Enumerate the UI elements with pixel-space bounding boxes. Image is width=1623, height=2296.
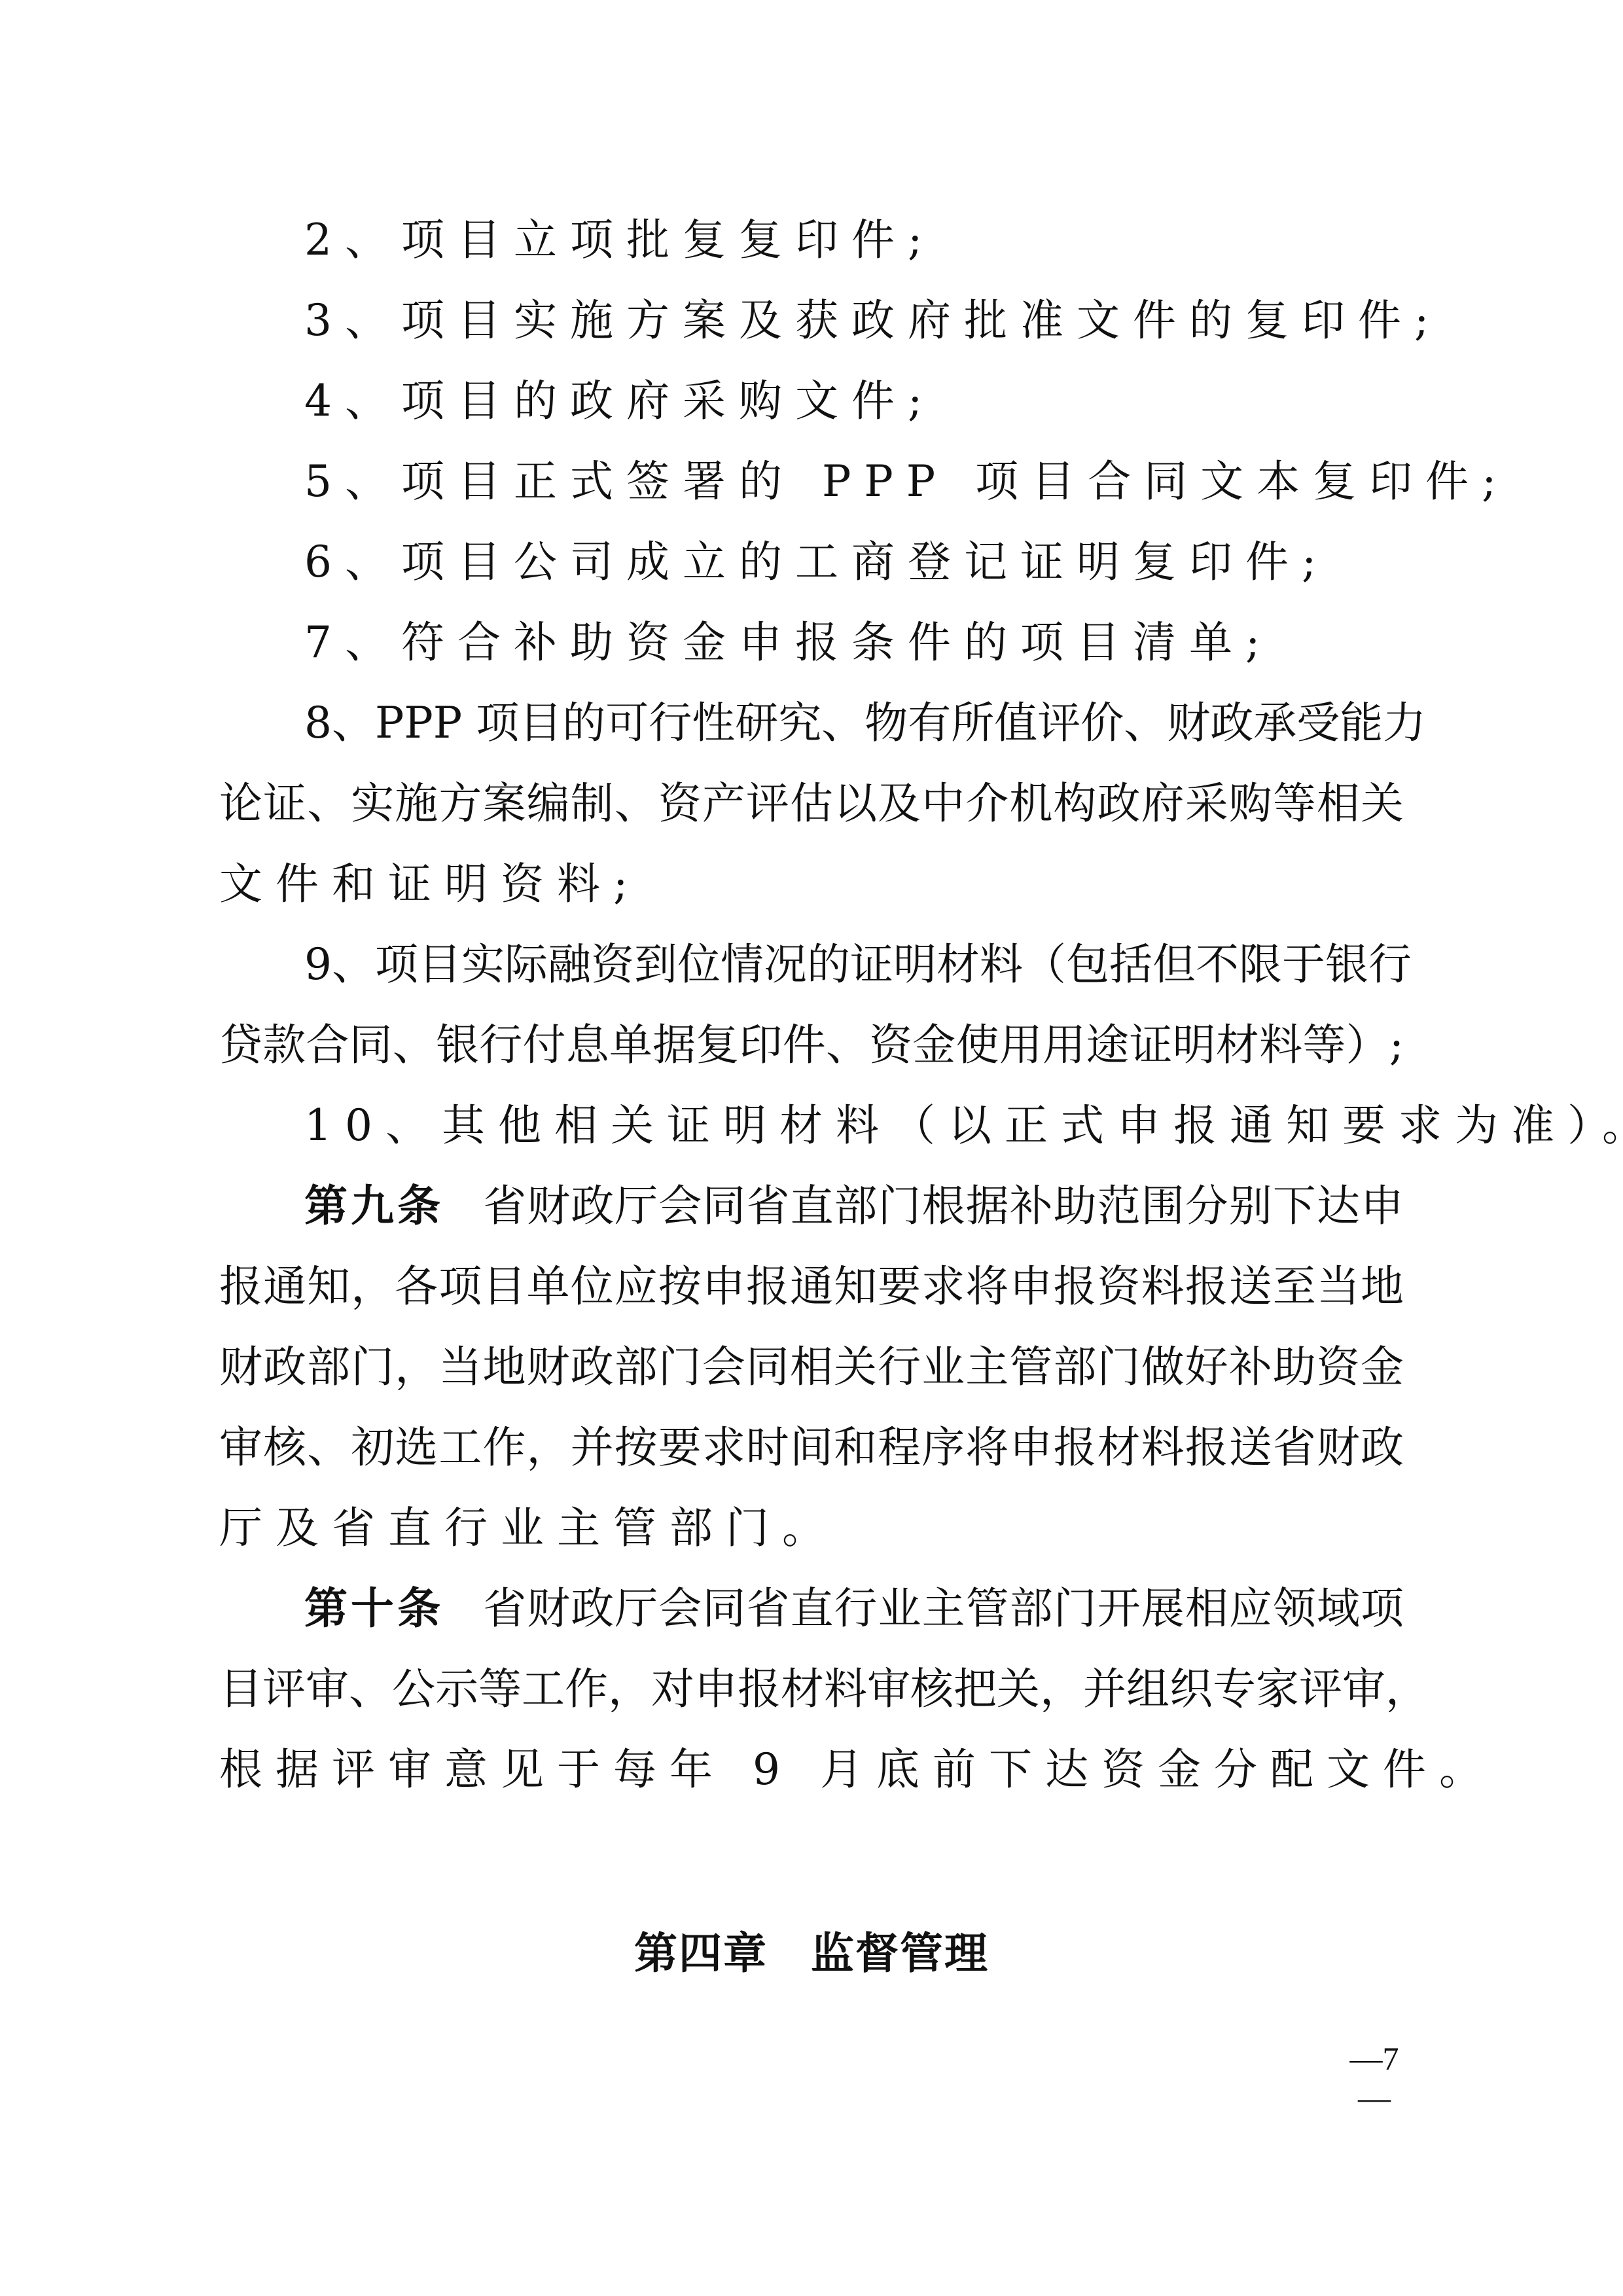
article-9-text-1: 省财政厅会同省直部门根据补助范围分别下达申 — [483, 1181, 1404, 1231]
list-item-8-line-1: 8、PPP 项目的可行性研究、物有所值评价、财政承受能力 — [219, 683, 1404, 763]
list-item-2: 2、项目立项批复复印件; — [219, 200, 1404, 280]
article-10-line-2: 目评审、公示等工作，对申报材料审核把关，并组织专家评审， — [219, 1649, 1404, 1729]
list-item-6: 6、项目公司成立的工商登记证明复印件; — [219, 522, 1404, 602]
list-item-4: 4、项目的政府采购文件; — [219, 361, 1404, 441]
list-item-3: 3、项目实施方案及获政府批准文件的复印件; — [219, 280, 1404, 361]
chapter-title: 监督管理 — [811, 1928, 989, 1979]
article-10-line-1: 第十条省财政厅会同省直行业主管部门开展相应领域项 — [219, 1568, 1404, 1649]
page-number: —7— — [1335, 2039, 1414, 2117]
list-item-7: 7、符合补助资金申报条件的项目清单; — [219, 602, 1404, 683]
article-9-line-5: 厅及省直行业主管部门。 — [219, 1488, 1404, 1568]
article-10-text-1: 省财政厅会同省直行业主管部门开展相应领域项 — [483, 1583, 1404, 1634]
list-item-8-line-2: 论证、实施方案编制、资产评估以及中介机构政府采购等相关 — [219, 763, 1404, 844]
list-item-9-line-2: 贷款合同、银行付息单据复印件、资金使用用途证明材料等）; — [219, 1005, 1404, 1085]
list-item-10: 10、其他相关证明材料（以正式申报通知要求为准）。 — [219, 1085, 1404, 1166]
list-item-9-line-1: 9、项目实际融资到位情况的证明材料（包括但不限于银行 — [219, 924, 1404, 1005]
document-page: 2、项目立项批复复印件; 3、项目实施方案及获政府批准文件的复印件; 4、项目的… — [0, 0, 1623, 2296]
article-9-line-1: 第九条省财政厅会同省直部门根据补助范围分别下达申 — [219, 1166, 1404, 1246]
article-10-line-3: 根据评审意见于每年 9 月底前下达资金分配文件。 — [219, 1729, 1404, 1810]
list-item-5: 5、项目正式签署的 PPP 项目合同文本复印件; — [219, 441, 1404, 522]
article-10-heading: 第十条 — [304, 1583, 444, 1634]
list-item-8-line-3: 文件和证明资料; — [219, 844, 1404, 924]
document-body: 2、项目立项批复复印件; 3、项目实施方案及获政府批准文件的复印件; 4、项目的… — [219, 200, 1404, 1810]
article-9-line-3: 财政部门，当地财政部门会同相关行业主管部门做好补助资金 — [219, 1327, 1404, 1407]
article-9-heading: 第九条 — [304, 1181, 444, 1231]
chapter-heading: 第四章监督管理 — [0, 1924, 1623, 1983]
article-9-line-4: 审核、初选工作，并按要求时间和程序将申报材料报送省财政 — [219, 1407, 1404, 1488]
chapter-number: 第四章 — [634, 1928, 768, 1979]
article-9-line-2: 报通知，各项目单位应按申报通知要求将申报资料报送至当地 — [219, 1246, 1404, 1327]
